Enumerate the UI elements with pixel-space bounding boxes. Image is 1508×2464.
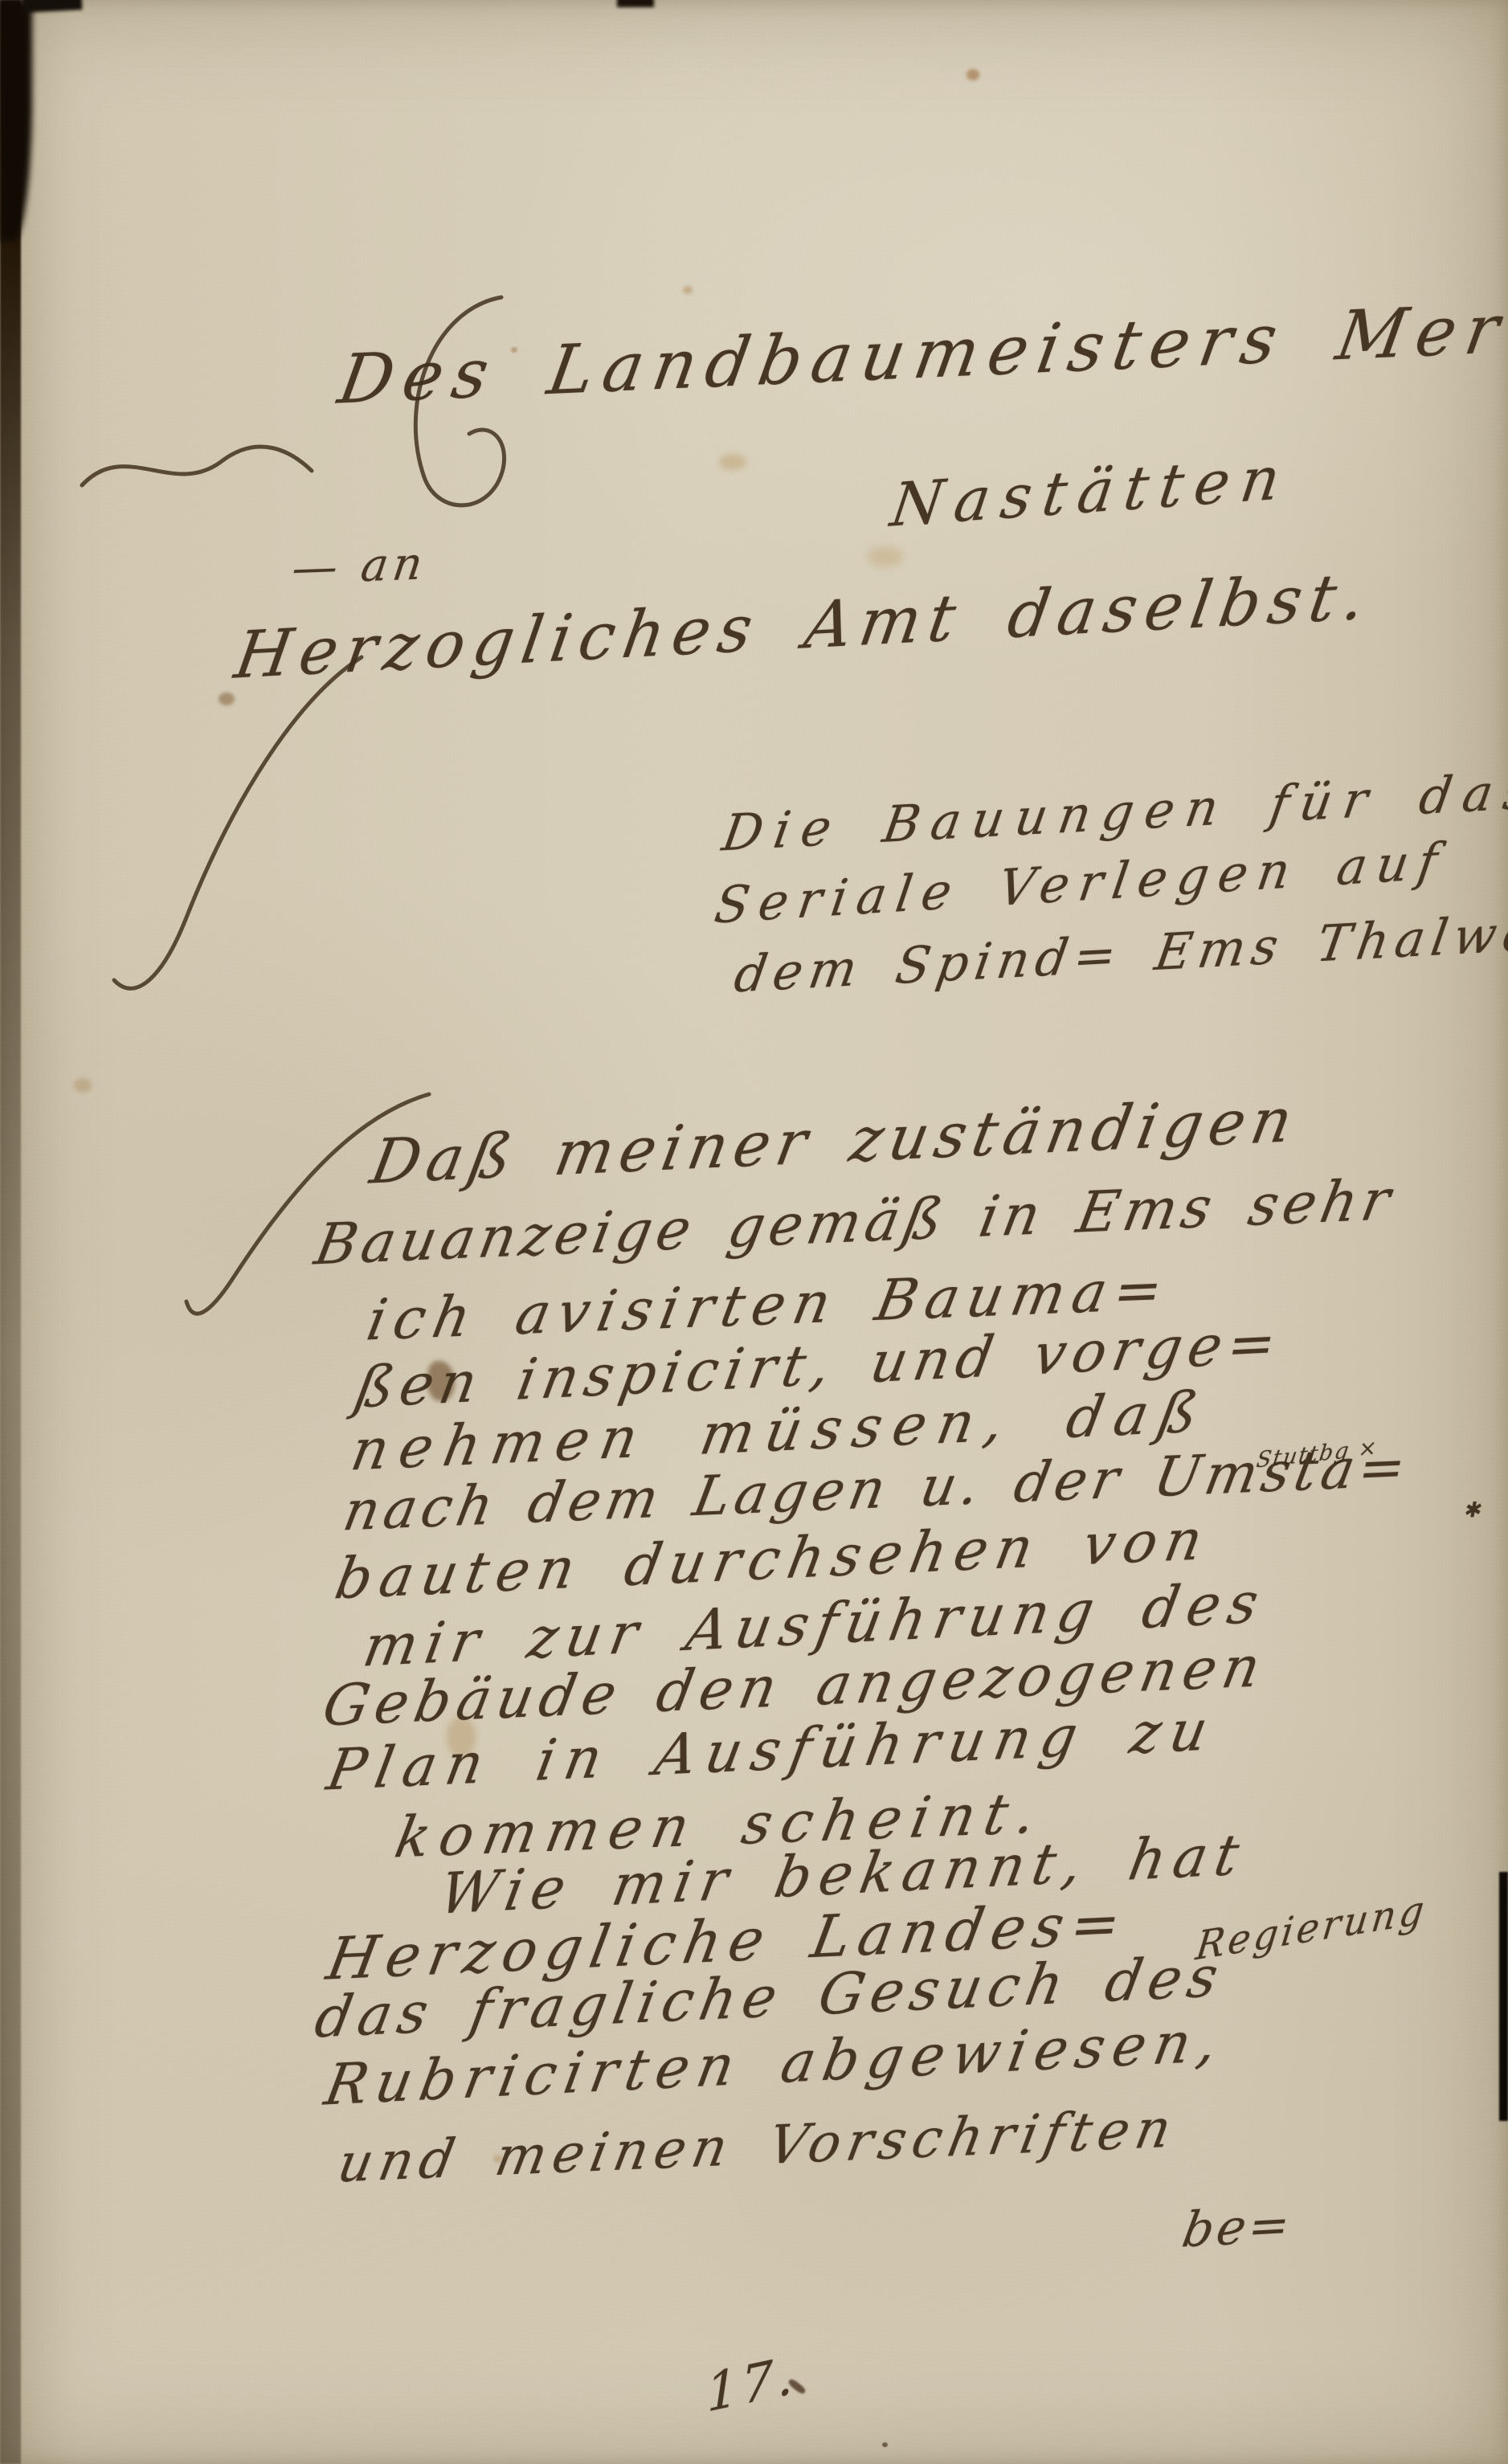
catchword: be= [1179,2200,1297,2255]
fox-spot-5 [74,1078,92,1093]
manuscript-page: Des Landbaumeisters Mertz zu Nastätten —… [0,0,1508,2464]
body-line-p2-5: und meinen Vorschriften [334,2102,1182,2190]
fox-spot-2 [683,286,693,294]
fox-spot-1 [967,69,979,80]
margin-annotation-regierung: Regierung [1194,1890,1429,1967]
left-edge-blotch [0,0,32,241]
address-line-2: Nastätten [887,447,1294,536]
insertion-mark: ✱ [1462,1499,1481,1521]
stain-smudge-2 [868,546,903,567]
right-edge-sliver [1499,1872,1508,2121]
left-edge-shadow [0,0,21,2464]
address-line-1: Des Landbaumeisters Mertz zu [334,284,1508,414]
lead-in-swash [77,408,318,529]
top-edge-nick-mid [617,0,654,7]
bottom-speck [882,2442,888,2447]
address-line-an: — an [289,541,430,591]
top-edge-nick-left [22,0,83,13]
page-number: 17. [705,2349,797,2421]
stain-smudge-1 [719,454,746,470]
fox-spot-4 [219,693,235,705]
